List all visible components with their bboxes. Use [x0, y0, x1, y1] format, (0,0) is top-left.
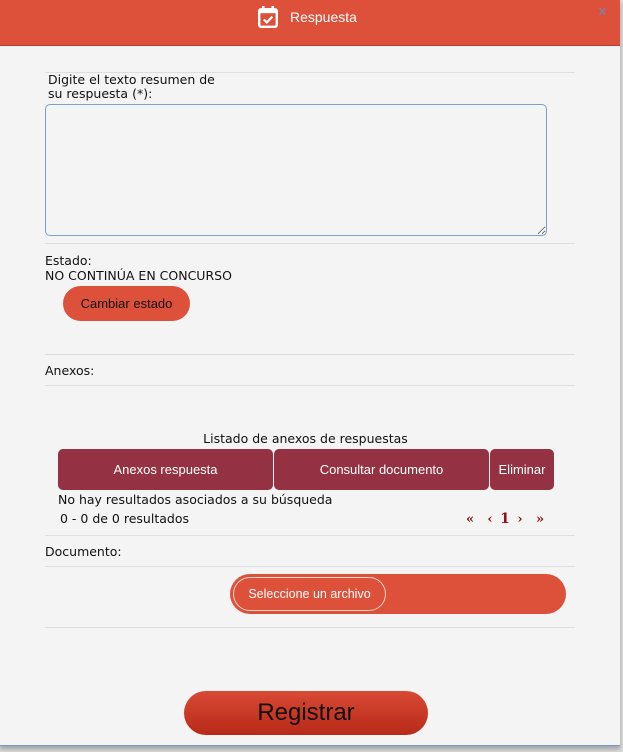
- column-eliminar[interactable]: Eliminar: [490, 449, 554, 490]
- current-page[interactable]: 1: [499, 511, 511, 527]
- divider: [45, 566, 575, 567]
- dialog-titlebar: Respuesta X: [0, 0, 620, 46]
- prev-page-icon[interactable]: ‹: [483, 512, 497, 527]
- divider: [45, 243, 575, 244]
- resumen-textarea[interactable]: [45, 104, 547, 236]
- anexos-list-title: Listado de anexos de respuestas: [0, 431, 611, 446]
- documento-label: Documento:: [45, 545, 122, 558]
- divider: [45, 354, 575, 355]
- estado-label: Estado:: [45, 254, 92, 267]
- divider: [45, 535, 575, 536]
- calendar-check-icon: [258, 6, 278, 28]
- last-page-icon[interactable]: »: [533, 512, 547, 527]
- registrar-button[interactable]: Registrar: [184, 691, 428, 735]
- divider: [45, 385, 575, 386]
- pagination: « ‹ 1 › »: [463, 511, 547, 527]
- divider: [45, 627, 575, 628]
- file-upload-field[interactable]: Seleccione un archivo: [230, 574, 566, 614]
- dialog-title-group: Respuesta: [258, 6, 357, 28]
- resumen-label-line1: Digite el texto resumen de: [48, 73, 215, 86]
- results-summary: 0 - 0 de 0 resultados: [60, 512, 189, 525]
- dialog-title: Respuesta: [290, 9, 357, 25]
- close-icon[interactable]: X: [597, 7, 608, 18]
- first-page-icon[interactable]: «: [463, 512, 477, 527]
- column-consultar-documento[interactable]: Consultar documento: [274, 449, 489, 490]
- select-file-button[interactable]: Seleccione un archivo: [233, 577, 386, 611]
- respuesta-dialog: Respuesta X Digite el texto resumen de s…: [0, 0, 620, 746]
- resumen-label-line2: su respuesta (*):: [48, 87, 152, 100]
- cambiar-estado-button[interactable]: Cambiar estado: [63, 286, 190, 321]
- anexos-table-header: Anexos respuesta Consultar documento Eli…: [58, 449, 555, 490]
- empty-results-message: No hay resultados asociados a su búsqued…: [58, 493, 332, 506]
- next-page-icon[interactable]: ›: [513, 512, 527, 527]
- column-anexos-respuesta[interactable]: Anexos respuesta: [58, 449, 273, 490]
- anexos-label: Anexos:: [45, 364, 94, 377]
- estado-value: NO CONTINÚA EN CONCURSO: [45, 269, 232, 282]
